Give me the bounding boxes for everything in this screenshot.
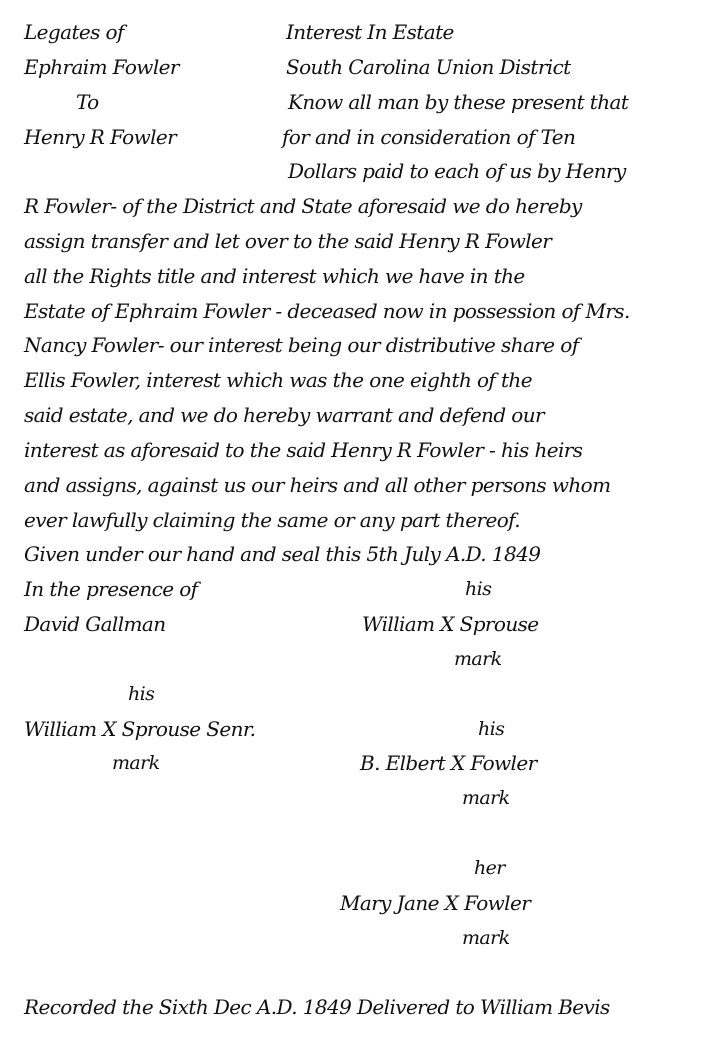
header-left-line-1: Legates of: [24, 19, 124, 45]
body-line-7: said estate, and we do hereby warrant an…: [24, 402, 544, 428]
signatory-2-pronoun: his: [478, 716, 504, 742]
body-line-2: assign transfer and let over to the said…: [24, 228, 551, 254]
body-line-1: R Fowler- of the District and State afor…: [24, 193, 582, 219]
body-line-9: and assigns, against us our heirs and al…: [24, 472, 610, 498]
header-left-line-4: Henry R Fowler: [24, 124, 176, 150]
body-line-8: interest as aforesaid to the said Henry …: [24, 437, 582, 463]
signatory-2-mark: mark: [462, 785, 510, 811]
witness-david-gallman: David Gallman: [24, 611, 165, 637]
header-right-line-1: Interest In Estate: [286, 19, 454, 45]
header-left-line-2: Ephraim Fowler: [24, 54, 179, 80]
signatory-1-name: William X Sprouse: [362, 611, 539, 637]
signatory-3-name: Mary Jane X Fowler: [340, 890, 530, 916]
body-line-6: Ellis Fowler, interest which was the one…: [24, 367, 532, 393]
witness2-mark: mark: [112, 750, 160, 776]
body-line-11: Given under our hand and seal this 5th J…: [24, 541, 540, 567]
body-line-10: ever lawfully claiming the same or any p…: [24, 507, 520, 533]
header-right-line-3: Know all man by these present that: [288, 89, 628, 115]
deed-document: Legates of Ephraim Fowler To Henry R Fow…: [0, 0, 720, 1038]
body-line-4: Estate of Ephraim Fowler - deceased now …: [24, 298, 630, 324]
body-line-5: Nancy Fowler- our interest being our dis…: [24, 332, 579, 358]
header-right-line-5: Dollars paid to each of us by Henry: [288, 158, 626, 184]
recorded-note: Recorded the Sixth Dec A.D. 1849 Deliver…: [24, 994, 610, 1020]
header-left-line-3: To: [76, 89, 99, 115]
signatory-3-mark: mark: [462, 925, 510, 951]
header-right-line-2: South Carolina Union District: [286, 54, 571, 80]
body-line-3: all the Rights title and interest which …: [24, 263, 525, 289]
witness-intro: In the presence of: [24, 576, 197, 602]
witness2-pronoun: his: [128, 681, 154, 707]
signatory-1-pronoun: his: [465, 576, 491, 602]
header-right-line-4: for and in consideration of Ten: [282, 124, 575, 150]
signatory-1-mark: mark: [454, 646, 502, 672]
signatory-2-name: B. Elbert X Fowler: [360, 750, 537, 776]
signatory-3-pronoun: her: [474, 855, 505, 881]
witness2-name: William X Sprouse Senr.: [24, 716, 255, 742]
